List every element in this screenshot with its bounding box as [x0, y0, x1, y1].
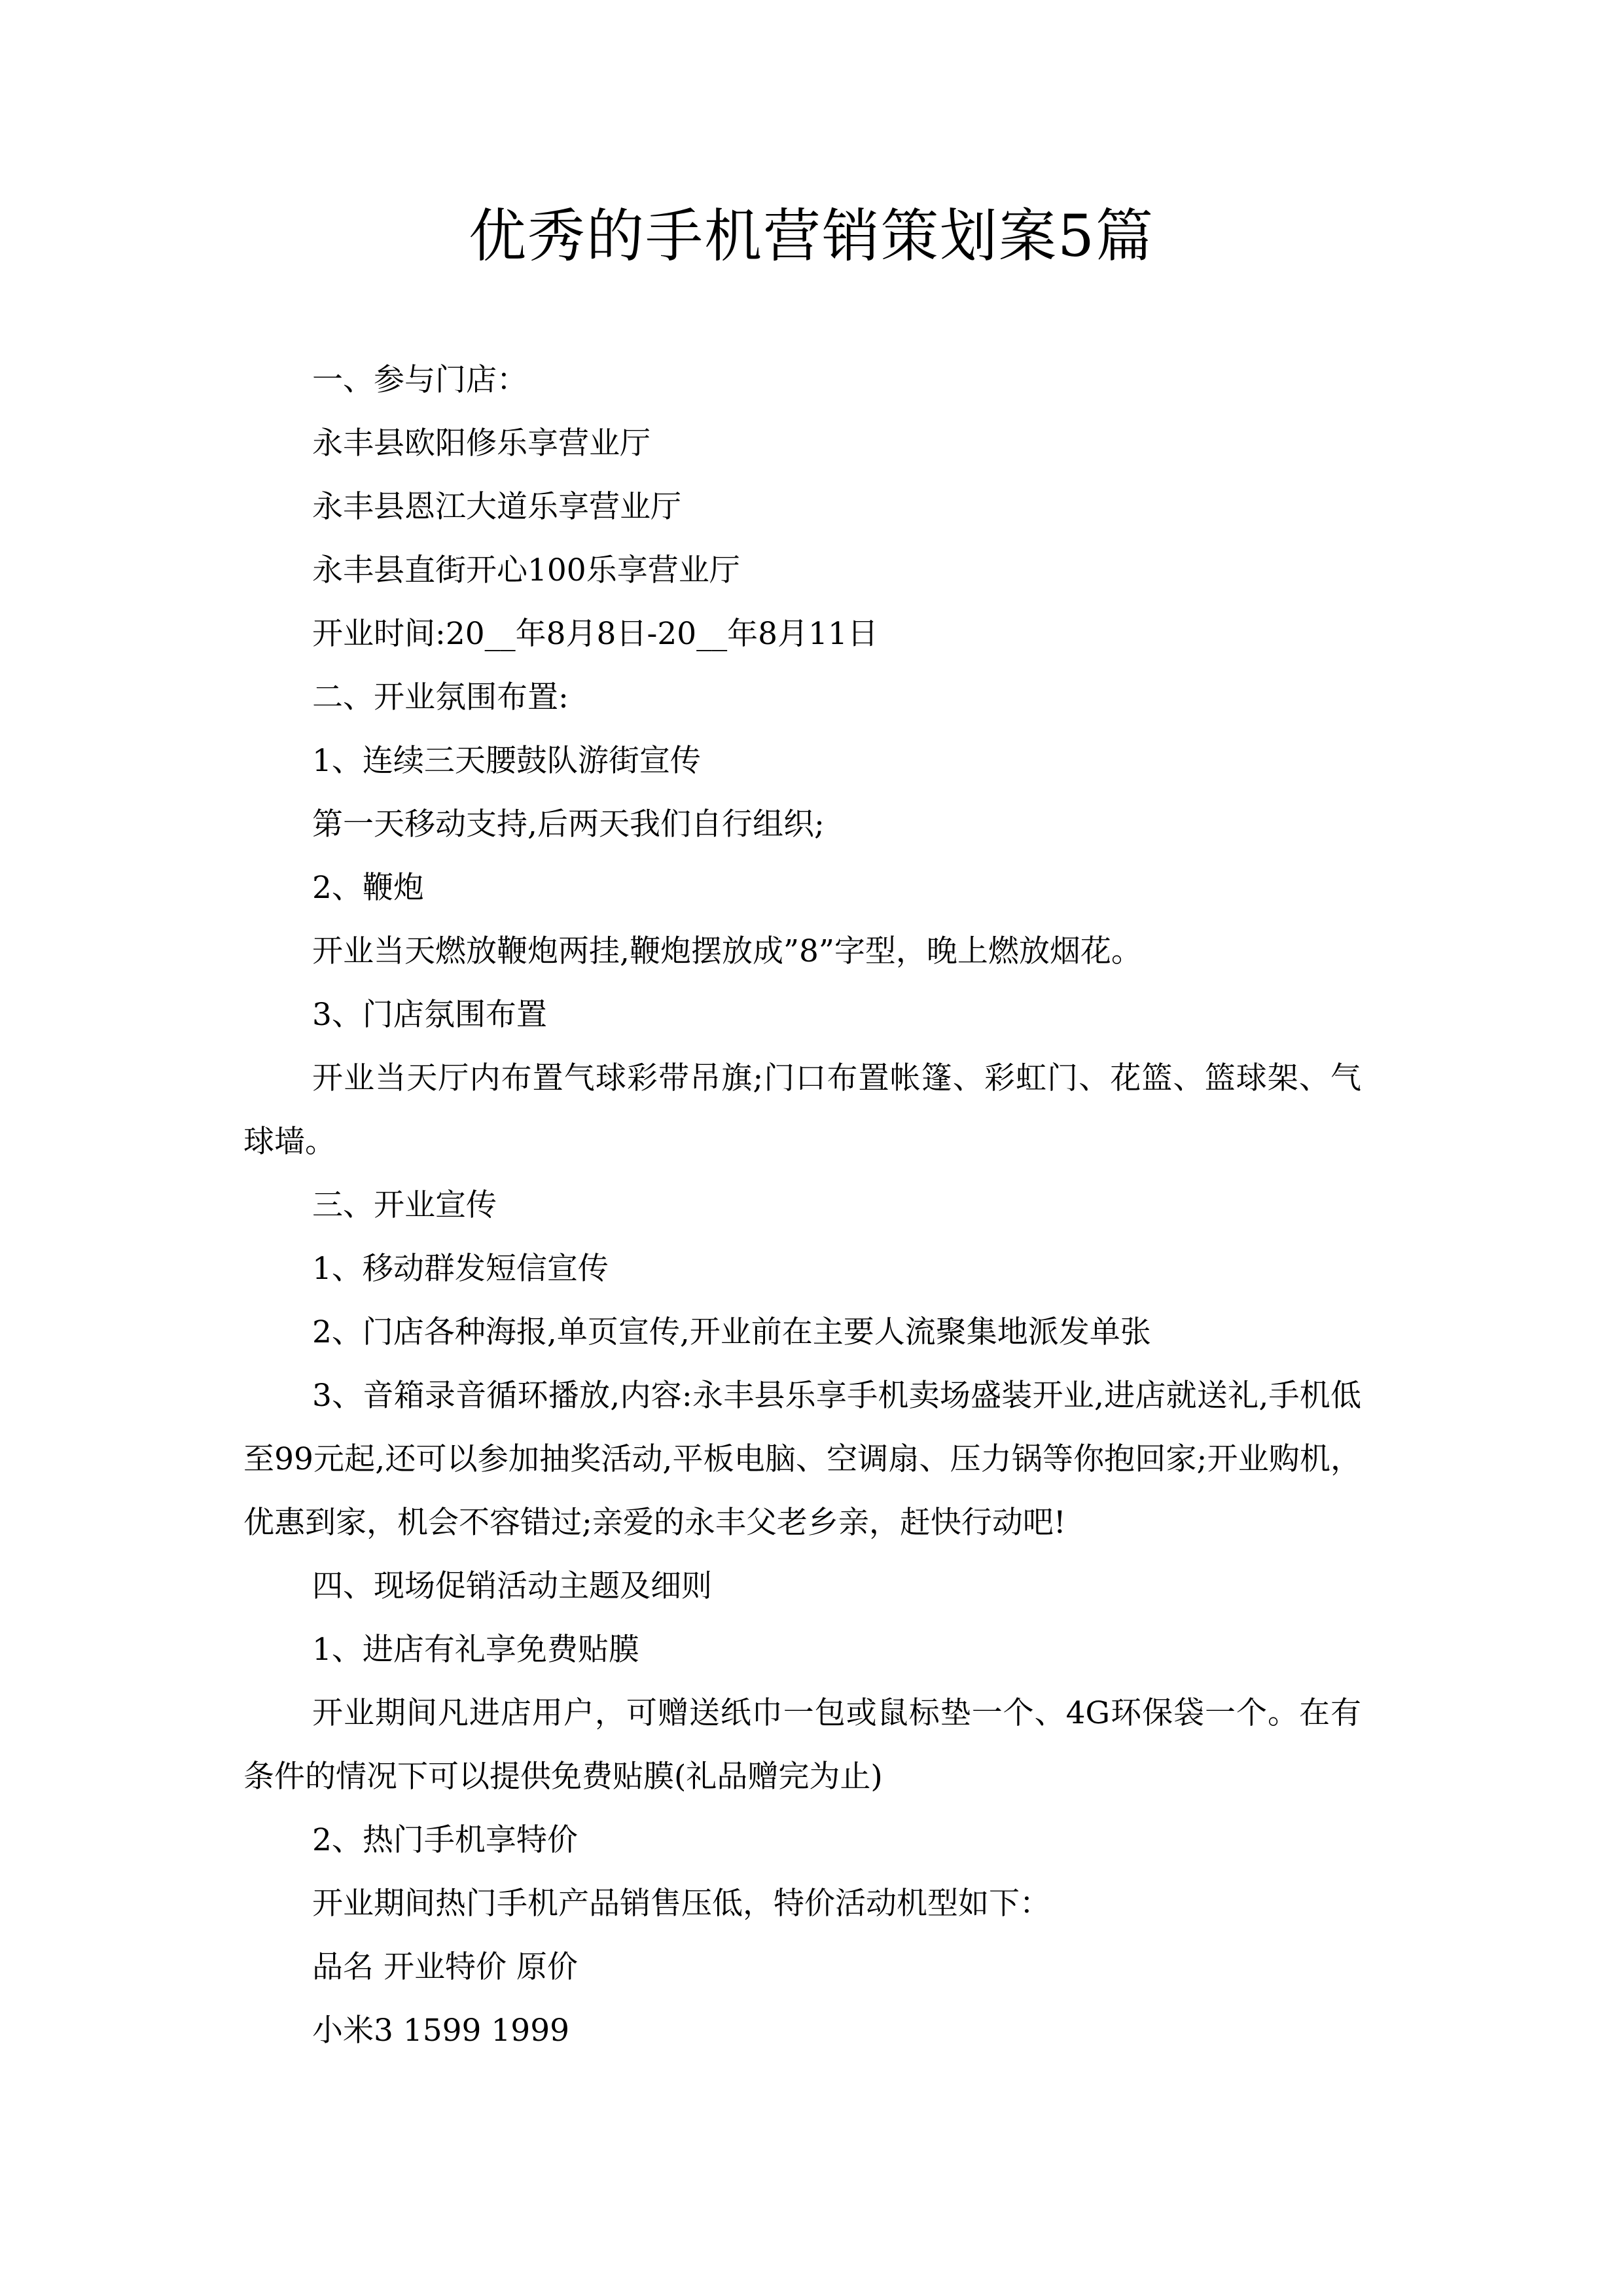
section-heading-atmosphere: 二、开业氛围布置:: [243, 666, 1361, 729]
subheading: 3、门店氛围布置: [243, 983, 1361, 1047]
subheading: 1、移动群发短信宣传: [243, 1237, 1361, 1300]
subheading: 1、进店有礼享免费贴膜: [243, 1618, 1361, 1681]
subheading: 2、门店各种海报,单页宣传,开业前在主要人流聚集地派发单张: [243, 1300, 1361, 1364]
document-page: 优秀的手机营销策划案5篇 一、参与门店： 永丰县欧阳修乐享营业厅 永丰县恩江大道…: [0, 0, 1623, 2296]
store-item: 永丰县欧阳修乐享营业厅: [243, 412, 1361, 475]
section-heading-promotion: 四、现场促销活动主题及细则: [243, 1554, 1361, 1618]
store-item: 永丰县直街开心100乐享营业厅: [243, 539, 1361, 602]
opening-time: 开业时间:20__年8月8日-20__年8月11日: [243, 602, 1361, 666]
document-body: 一、参与门店： 永丰县欧阳修乐享营业厅 永丰县恩江大道乐享营业厅 永丰县直街开心…: [243, 348, 1361, 2062]
paragraph: 开业期间热门手机产品销售压低，特价活动机型如下：: [243, 1872, 1361, 1935]
paragraph: 第一天移动支持,后两天我们自行组织;: [243, 793, 1361, 856]
paragraph: 3、音箱录音循环播放,内容:永丰县乐享手机卖场盛装开业,进店就送礼,手机低至99…: [243, 1364, 1361, 1554]
price-table-header: 品名 开业特价 原价: [243, 1935, 1361, 1999]
store-item: 永丰县恩江大道乐享营业厅: [243, 475, 1361, 539]
subheading: 2、鞭炮: [243, 856, 1361, 920]
paragraph: 开业期间凡进店用户，可赠送纸巾一包或鼠标垫一个、4G环保袋一个。在有条件的情况下…: [243, 1681, 1361, 1808]
section-heading-publicity: 三、开业宣传: [243, 1174, 1361, 1237]
price-table-row: 小米3 1599 1999: [243, 1999, 1361, 2062]
paragraph: 开业当天厅内布置气球彩带吊旗;门口布置帐篷、彩虹门、花篮、篮球架、气球墙。: [243, 1047, 1361, 1174]
subheading: 1、连续三天腰鼓队游街宣传: [243, 729, 1361, 793]
section-heading-stores: 一、参与门店：: [243, 348, 1361, 412]
paragraph: 开业当天燃放鞭炮两挂,鞭炮摆放成”8”字型，晚上燃放烟花。: [243, 920, 1361, 983]
document-title: 优秀的手机营销策划案5篇: [0, 194, 1623, 279]
subheading: 2、热门手机享特价: [243, 1808, 1361, 1872]
